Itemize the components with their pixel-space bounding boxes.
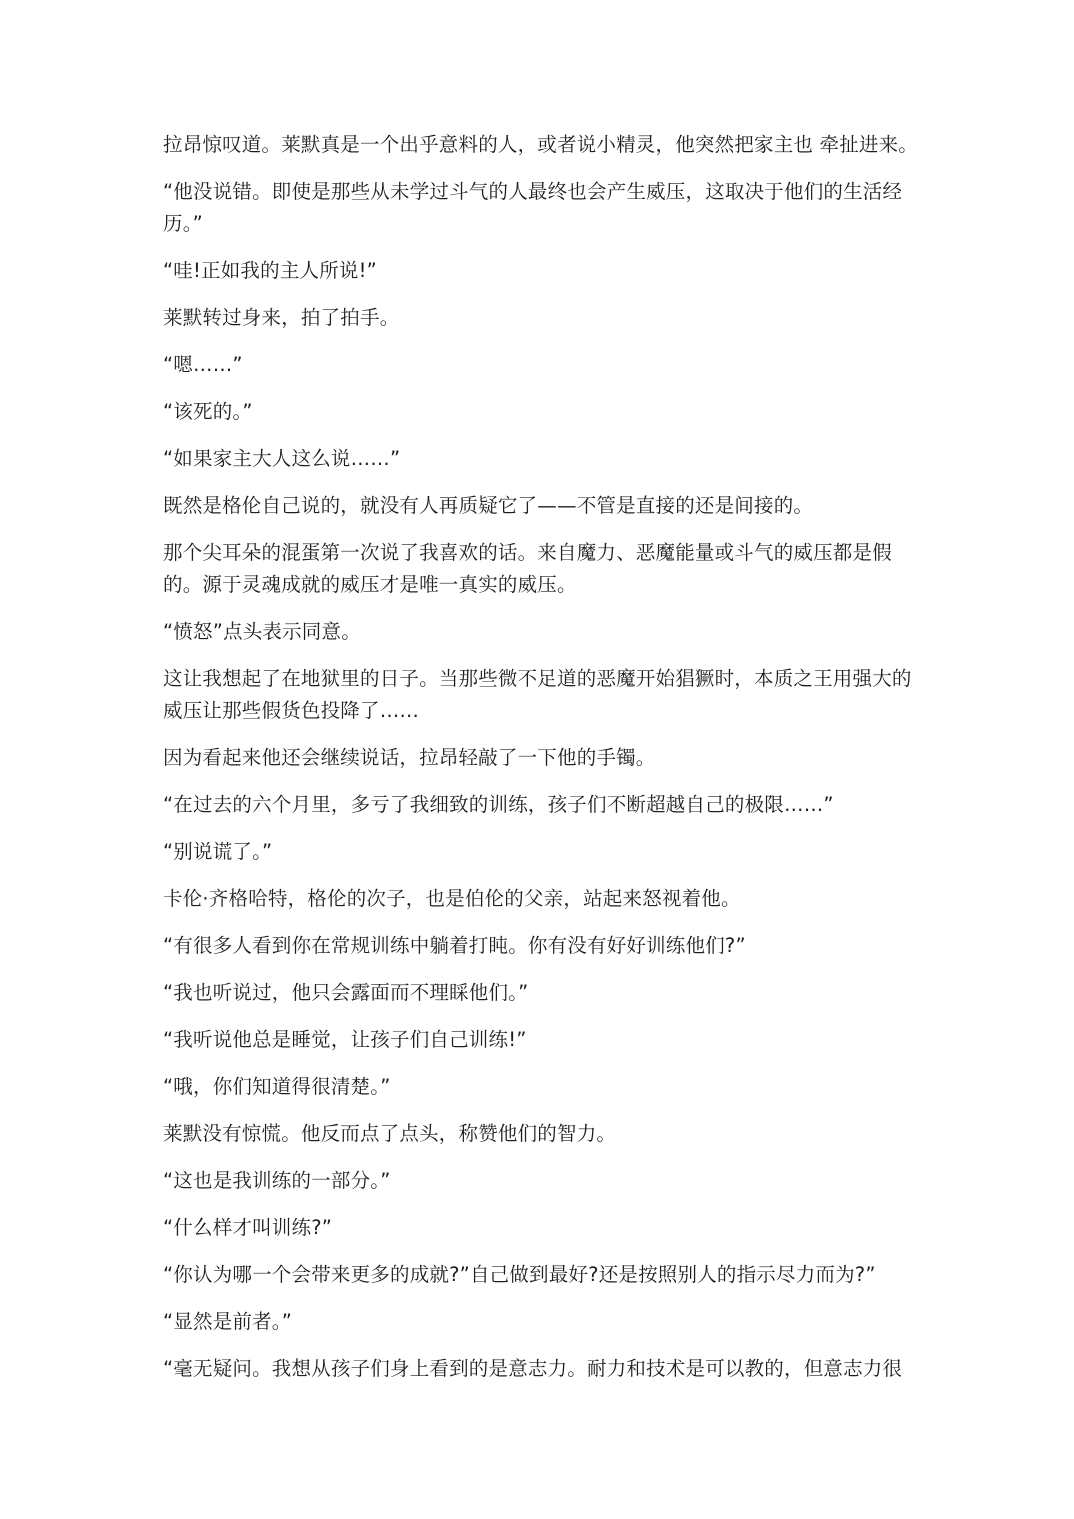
paragraph: “哦，你们知道得很清楚。” bbox=[163, 1071, 923, 1103]
paragraph: “他没说错。即使是那些从未学过斗气的人最终也会产生威压，这取决于他们的生活经历。… bbox=[163, 176, 923, 240]
paragraph: “有很多人看到你在常规训练中躺着打盹。你有没有好好训练他们?” bbox=[163, 930, 923, 962]
paragraph: “愤怒”点头表示同意。 bbox=[163, 616, 923, 648]
paragraph: “毫无疑问。我想从孩子们身上看到的是意志力。耐力和技术是可以教的，但意志力很 bbox=[163, 1353, 923, 1385]
paragraph: “嗯……” bbox=[163, 349, 923, 381]
paragraph: “在过去的六个月里，多亏了我细致的训练，孩子们不断超越自己的极限……” bbox=[163, 789, 923, 821]
paragraph: 莱默没有惊慌。他反而点了点头，称赞他们的智力。 bbox=[163, 1118, 923, 1150]
paragraph: 拉昂惊叹道。莱默真是一个出乎意料的人，或者说小精灵，他突然把家主也 牵扯进来。 bbox=[163, 129, 923, 161]
paragraph: 莱默转过身来，拍了拍手。 bbox=[163, 302, 923, 334]
paragraph: “别说谎了。” bbox=[163, 836, 923, 868]
paragraph: “我听说他总是睡觉，让孩子们自己训练!” bbox=[163, 1024, 923, 1056]
paragraph: “该死的。” bbox=[163, 396, 923, 428]
paragraph: “这也是我训练的一部分。” bbox=[163, 1165, 923, 1197]
paragraph: “如果家主大人这么说……” bbox=[163, 443, 923, 475]
document-page: 拉昂惊叹道。莱默真是一个出乎意料的人，或者说小精灵，他突然把家主也 牵扯进来。 … bbox=[163, 129, 923, 1400]
paragraph: “什么样才叫训练?” bbox=[163, 1212, 923, 1244]
paragraph: 因为看起来他还会继续说话，拉昂轻敲了一下他的手镯。 bbox=[163, 742, 923, 774]
paragraph: 这让我想起了在地狱里的日子。当那些微不足道的恶魔开始猖獗时，本质之王用强大的威压… bbox=[163, 663, 923, 727]
paragraph: “你认为哪一个会带来更多的成就?”自己做到最好?还是按照别人的指示尽力而为?” bbox=[163, 1259, 923, 1291]
paragraph: 既然是格伦自己说的，就没有人再质疑它了——不管是直接的还是间接的。 bbox=[163, 490, 923, 522]
paragraph: “哇!正如我的主人所说!” bbox=[163, 255, 923, 287]
paragraph: 那个尖耳朵的混蛋第一次说了我喜欢的话。来自魔力、恶魔能量或斗气的威压都是假的。源… bbox=[163, 537, 923, 601]
paragraph: “我也听说过，他只会露面而不理睬他们。” bbox=[163, 977, 923, 1009]
paragraph: “显然是前者。” bbox=[163, 1306, 923, 1338]
paragraph: 卡伦·齐格哈特，格伦的次子，也是伯伦的父亲，站起来怒视着他。 bbox=[163, 883, 923, 915]
